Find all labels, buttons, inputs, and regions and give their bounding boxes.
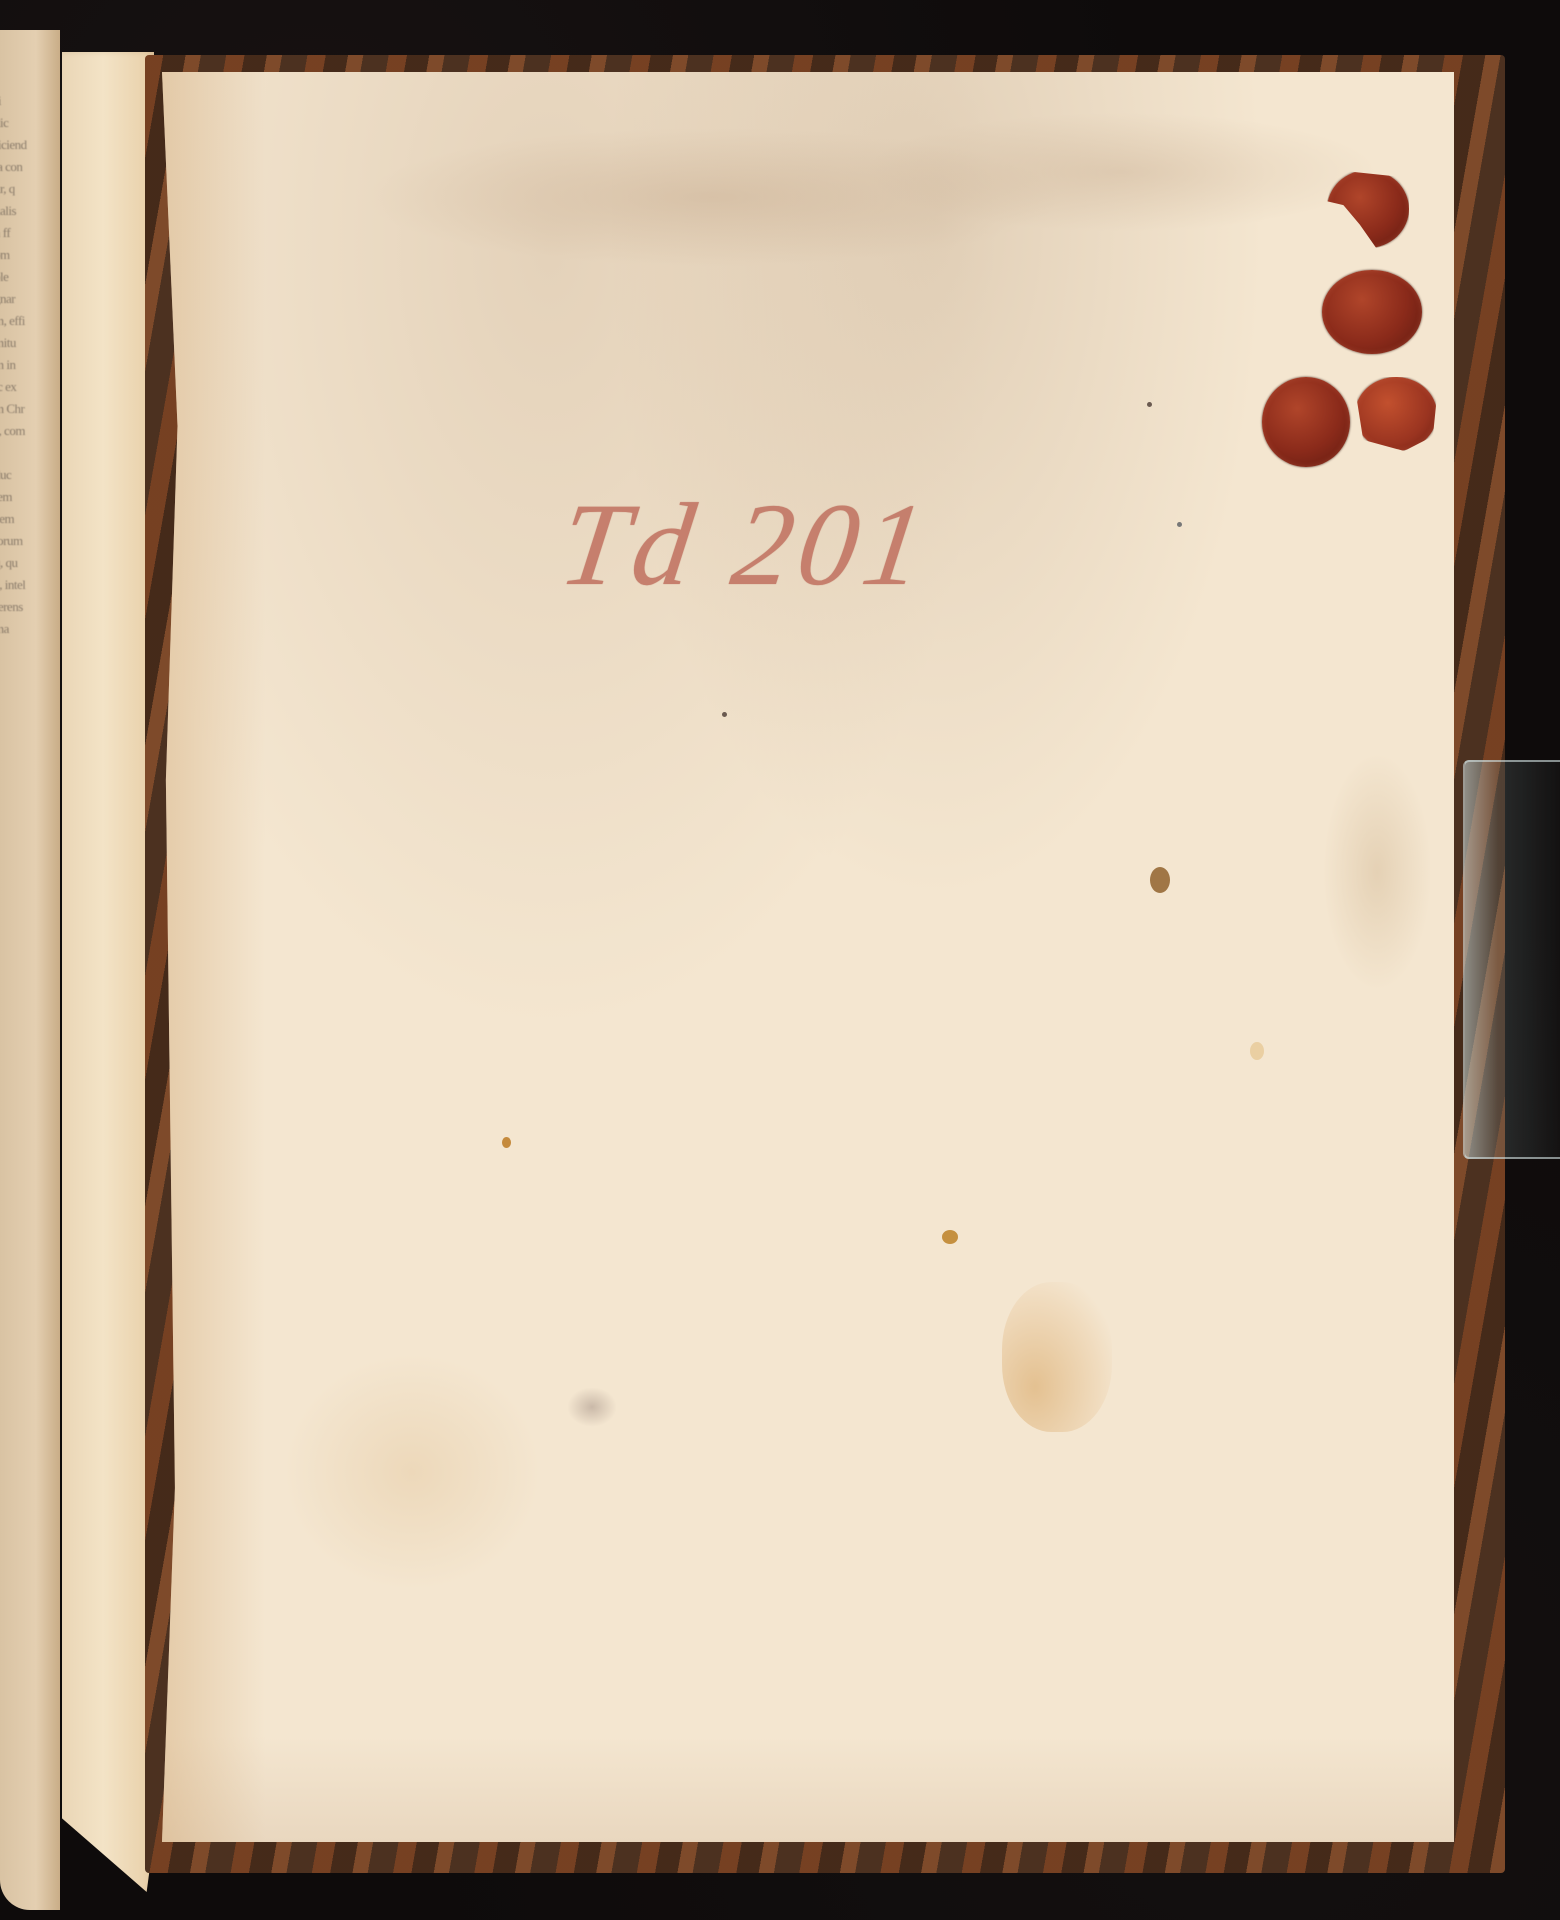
spot bbox=[942, 1230, 958, 1244]
spot bbox=[722, 712, 727, 717]
water-stain-top-right bbox=[862, 112, 1382, 232]
foxing-stain-lower-left bbox=[282, 1352, 542, 1592]
spot bbox=[1250, 1042, 1264, 1060]
flyleaf-stub bbox=[62, 52, 154, 1892]
spot bbox=[502, 1137, 511, 1148]
spot bbox=[1177, 522, 1182, 527]
grey-smudge bbox=[567, 1387, 617, 1427]
drip-stain-right bbox=[1322, 752, 1432, 992]
spot bbox=[1150, 867, 1170, 893]
wax-seal-icon bbox=[1262, 377, 1350, 467]
shelfmark-annotation: Td 201 bbox=[552, 477, 938, 613]
foxing-stain-lower bbox=[1002, 1282, 1112, 1432]
spot bbox=[1147, 402, 1152, 407]
facing-printed-page: ri dic ficiend ta con ur, q ualis n ff o… bbox=[0, 30, 60, 1910]
wax-seal-icon bbox=[1355, 377, 1437, 451]
printed-text-fragments: ri dic ficiend ta con ur, q ualis n ff o… bbox=[0, 90, 60, 640]
glass-page-weight bbox=[1463, 760, 1560, 1159]
wax-seal-icon bbox=[1322, 270, 1422, 354]
pastedown-endpaper: Td 201 bbox=[162, 72, 1454, 1842]
